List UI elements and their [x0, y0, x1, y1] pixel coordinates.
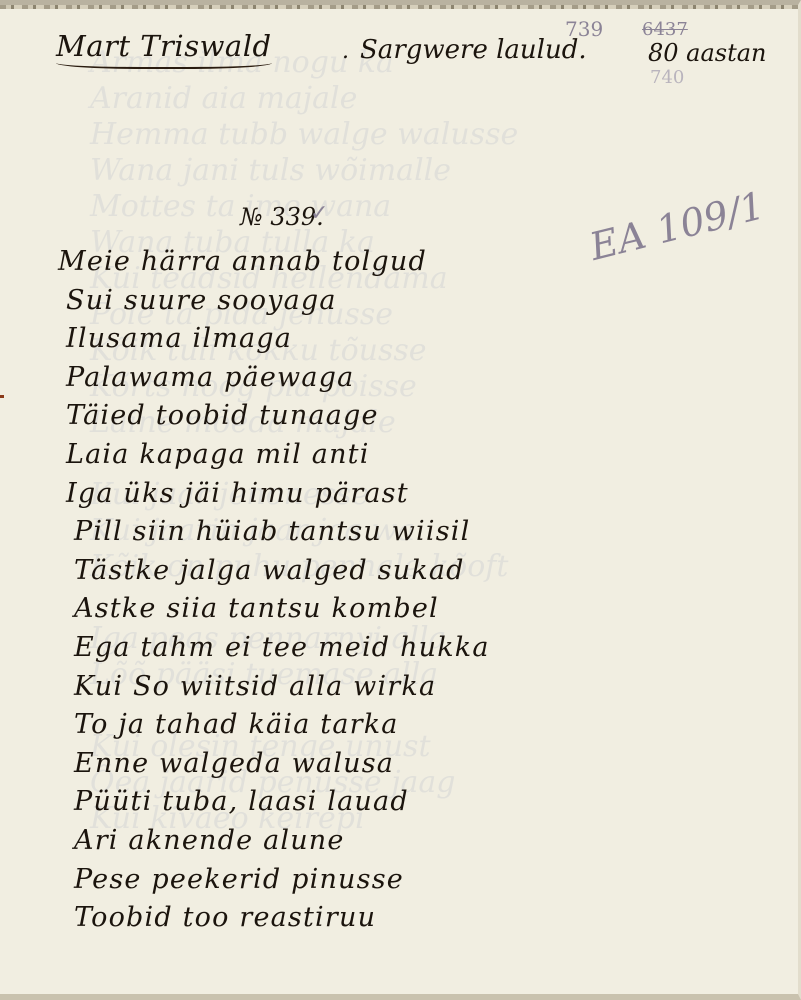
verse-line: Tästke jalga walged sukad — [74, 552, 490, 591]
manuscript-page: Armas ilma nogu ka Aranid aia majale Hem… — [0, 0, 801, 1000]
verse-line: Pese peekerid pinusse — [74, 861, 490, 900]
verse-line: Ega tahm ei tee meid hukka — [74, 629, 490, 668]
paper-top-edge — [0, 5, 801, 9]
verse-line: Iga üks jäi himu pärast — [66, 475, 490, 514]
verse-line: Ilusama ilmaga — [66, 320, 490, 359]
archive-page-number: 739 — [565, 17, 603, 41]
verse-line: Laia kapaga mil anti — [66, 436, 490, 475]
verse-line: Meie härra annab tolgud — [58, 243, 490, 282]
check-mark-icon: ✓ — [310, 201, 328, 226]
verse-line: Pill siin hüiab tantsu wiisil — [74, 513, 490, 552]
song-verses: Meie härra annab tolgud Sui suure sooyag… — [62, 243, 490, 938]
verse-line: Palawama päewaga — [66, 359, 490, 398]
header-separator: . — [342, 39, 349, 64]
verse-line: Täied toobid tunaage — [66, 397, 490, 436]
verse-line: To ja tahad käia tarka — [74, 706, 490, 745]
verse-line: Astke siia tantsu kombel — [74, 590, 490, 629]
verse-line: Toobid too reastiruu — [74, 899, 490, 938]
verse-line: Püüti tuba, laasi lauad — [74, 783, 490, 822]
ink-speck — [0, 395, 4, 398]
archive-old-number: 6437 — [642, 19, 688, 40]
singer-age: 80 aastan — [648, 39, 767, 67]
collection-place: Sargwere laulud. — [360, 35, 587, 65]
archive-faint-number: 740 — [650, 67, 684, 88]
author-name: Mart Triswald — [56, 29, 272, 69]
verse-line: Sui suure sooyaga — [66, 282, 490, 321]
verse-line: Kui So wiitsid alla wirka — [74, 668, 490, 707]
archive-reference: ЕА 109/1 — [585, 183, 768, 269]
verse-line: Ari aknende alune — [74, 822, 490, 861]
verse-line: Enne walgeda walusa — [74, 745, 490, 784]
